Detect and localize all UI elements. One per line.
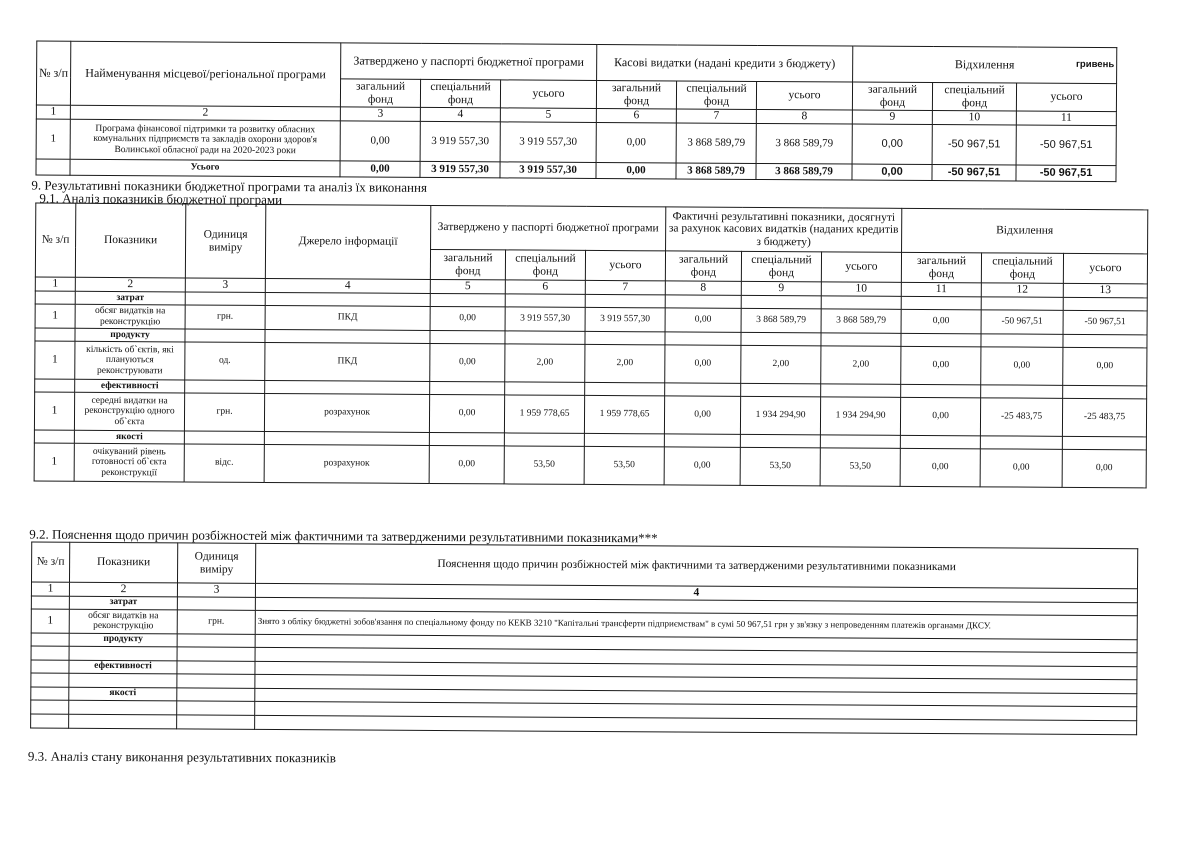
value-cell: 3 919 557,30	[505, 307, 585, 331]
col-header-total: усього	[585, 250, 665, 280]
empty-cell	[584, 433, 664, 446]
empty-cell	[505, 382, 585, 395]
col-header-special: спеціальний фонд	[741, 251, 821, 281]
category-label: затрат	[75, 291, 185, 305]
value-cell: 0,00	[1063, 347, 1147, 386]
col-header-special: спеціальний фонд	[676, 81, 756, 109]
empty-cell	[665, 383, 741, 396]
empty-cell	[31, 700, 69, 714]
row-number: 1	[35, 304, 75, 328]
empty-cell	[177, 597, 255, 610]
empty-cell	[31, 596, 69, 609]
col-header-total: усього	[500, 80, 596, 109]
value-cell: 2,00	[821, 346, 901, 384]
value-cell: 3 868 589,79	[741, 308, 821, 332]
value-cell: 0,00	[981, 347, 1063, 386]
col-number: 9	[852, 110, 932, 124]
value-cell: 1 934 294,90	[740, 396, 820, 434]
empty-cell	[900, 435, 980, 448]
empty-cell	[740, 434, 820, 447]
col-header-source: Джерело інформації	[265, 204, 430, 279]
col-header-general: загальний фонд	[430, 249, 505, 279]
col-header-total: усього	[756, 81, 852, 110]
value-cell: 0,00	[901, 309, 981, 333]
col-number: 12	[981, 283, 1063, 298]
value-cell: 53,50	[820, 448, 900, 486]
unit-cell: відс.	[184, 444, 264, 482]
empty-cell	[585, 382, 665, 395]
col-header-special: спеціальний фонд	[932, 83, 1016, 112]
empty-cell	[35, 291, 75, 304]
value-cell: 3 868 589,79	[821, 309, 901, 333]
empty-cell	[585, 331, 665, 344]
col-number: 7	[585, 280, 665, 294]
empty-cell	[981, 334, 1063, 348]
col-number: 4	[420, 107, 500, 121]
col-header-general: загальний фонд	[596, 80, 676, 108]
value-cell: -25 483,75	[980, 398, 1062, 437]
empty-cell	[430, 381, 505, 394]
empty-cell	[664, 434, 740, 447]
row-number: 1	[34, 392, 74, 430]
empty-cell	[430, 293, 505, 306]
col-header-general: загальний фонд	[852, 82, 932, 110]
category-label: якості	[74, 430, 184, 444]
discrepancy-explanation-table: № з/п Показники Одиниця виміру Пояснення…	[30, 542, 1138, 735]
empty-cell	[741, 383, 821, 396]
empty-cell	[177, 634, 255, 647]
col-number: 11	[901, 282, 981, 296]
indicator-name: кількість об`єктів, які плануються рекон…	[75, 341, 185, 380]
total-value: 3 919 557,30	[420, 161, 500, 177]
col-header-num: № з/п	[36, 41, 70, 105]
total-value: 0,00	[596, 162, 676, 178]
source-cell: розрахунок	[264, 444, 429, 483]
value-cell: 3 919 557,30	[500, 122, 596, 163]
table-row: 1 Програма фінансової підтримки та розви…	[36, 119, 1116, 166]
indicator-name: середні видатки на реконструкцію одного …	[74, 392, 184, 431]
source-cell: ПКД	[265, 305, 430, 330]
empty-cell	[901, 296, 981, 309]
value-cell: -25 483,75	[1062, 398, 1146, 437]
col-header-deviation: Відхилення	[902, 208, 1148, 254]
category-label: ефективності	[69, 660, 177, 674]
col-header-approved: Затверджено у паспорті бюджетної програм…	[431, 205, 666, 250]
value-cell: 0,00	[665, 345, 741, 383]
empty-cell	[184, 431, 264, 444]
program-name: Програма фінансової підтримки та розвитк…	[70, 119, 340, 161]
col-header-general: загальний фонд	[901, 252, 981, 282]
col-number: 8	[665, 281, 741, 295]
empty-cell	[69, 673, 177, 688]
empty-cell	[34, 430, 74, 443]
category-label: ефективності	[75, 379, 185, 393]
total-label: Усього	[70, 159, 340, 177]
total-value: 3 868 589,79	[756, 163, 852, 180]
col-number: 3	[185, 278, 265, 292]
unit-cell: грн.	[177, 610, 255, 634]
empty-cell	[69, 714, 177, 729]
col-number: 7	[676, 109, 756, 123]
empty-cell	[505, 294, 585, 307]
empty-cell	[35, 379, 75, 392]
value-cell: 1 959 778,65	[504, 395, 584, 433]
value-cell: 0,00	[340, 121, 420, 161]
col-header-total: усього	[1063, 253, 1147, 284]
empty-cell	[1063, 385, 1147, 399]
col-number: 10	[821, 282, 901, 296]
empty-cell	[264, 431, 429, 445]
total-value: -50 967,51	[932, 165, 1016, 182]
empty-cell	[1063, 334, 1147, 348]
empty-cell	[665, 295, 741, 308]
category-label: якості	[69, 687, 177, 701]
empty-cell	[31, 646, 69, 660]
value-cell: 3 868 589,79	[756, 123, 852, 164]
value-cell: -50 967,51	[1063, 310, 1147, 335]
empty-cell	[69, 700, 177, 715]
value-cell: 0,00	[430, 306, 505, 330]
empty-cell	[265, 329, 430, 343]
value-cell: 53,50	[504, 446, 584, 484]
value-cell: 0,00	[664, 396, 740, 434]
col-number: 6	[505, 280, 585, 294]
value-cell: 53,50	[740, 447, 820, 485]
total-value: -50 967,51	[1016, 165, 1116, 182]
value-cell: -50 967,51	[932, 125, 1016, 166]
category-label: продукту	[75, 328, 185, 342]
empty-cell	[177, 661, 255, 674]
empty-cell	[665, 332, 741, 345]
value-cell: 2,00	[741, 345, 821, 383]
empty-cell	[35, 328, 75, 341]
empty-cell	[821, 333, 901, 346]
row-number: 1	[35, 341, 75, 379]
value-cell: 0,00	[980, 449, 1062, 488]
total-value: 3 868 589,79	[676, 163, 756, 179]
col-number: 8	[756, 109, 852, 124]
col-header-cash-expenses: Касові видатки (надані кредити з бюджету…	[597, 44, 853, 82]
total-value: 3 919 557,30	[500, 162, 596, 179]
empty-cell	[265, 380, 430, 394]
empty-cell	[177, 674, 255, 688]
value-cell: -50 967,51	[1016, 125, 1116, 166]
col-number: 2	[69, 582, 177, 596]
col-header-program-name: Найменування місцевої/регіональної прогр…	[70, 41, 340, 107]
value-cell: 53,50	[584, 446, 664, 484]
value-cell: 0,00	[430, 343, 505, 381]
indicator-name: обсяг видатків на реконструкцію	[75, 304, 185, 329]
performance-indicators-table: № з/п Показники Одиниця виміру Джерело і…	[34, 203, 1149, 489]
empty-cell	[177, 701, 255, 715]
empty-cell	[31, 687, 69, 700]
empty-cell	[177, 647, 255, 661]
col-number: 3	[177, 583, 255, 597]
value-cell: 3 868 589,79	[676, 123, 756, 163]
col-header-indicators: Показники	[69, 542, 177, 583]
unit-cell: грн.	[184, 393, 264, 431]
total-value: 0,00	[340, 161, 420, 177]
indicator-name: очікуваний рівень готовності об`єкта рек…	[74, 443, 184, 482]
empty-cell	[980, 436, 1062, 450]
value-cell: 0,00	[664, 447, 740, 485]
col-number: 11	[1016, 111, 1116, 126]
value-cell: 0,00	[596, 122, 676, 162]
col-header-explanation: Пояснення щодо причин розбіжностей між ф…	[255, 543, 1137, 588]
row-number: 1	[31, 609, 69, 633]
document-page: гривень № з/п Найменування місцевої/регі…	[0, 0, 1200, 846]
empty-cell	[981, 297, 1063, 311]
empty-cell	[429, 432, 504, 445]
empty-cell	[177, 688, 255, 701]
indicator-name: обсяг видатків на реконструкцію	[69, 609, 177, 634]
col-header-approved: Затверджено у паспорті бюджетної програм…	[341, 43, 597, 81]
empty-cell	[1063, 297, 1147, 311]
col-number: 2	[75, 277, 185, 292]
value-cell: 0,00	[900, 448, 980, 486]
empty-cell	[31, 673, 69, 687]
col-header-indicators: Показники	[75, 203, 185, 278]
col-number: 5	[430, 279, 505, 293]
category-label: затрат	[69, 596, 177, 610]
value-cell: 0,00	[852, 124, 932, 164]
col-header-num: № з/п	[35, 203, 75, 277]
category-label: продукту	[69, 633, 177, 647]
section-9-3-heading: 9.3. Аналіз стану виконання результативн…	[28, 749, 336, 767]
unit-cell: грн.	[185, 305, 265, 329]
value-cell: 0,00	[1062, 449, 1146, 488]
empty-cell	[505, 331, 585, 344]
col-number: 10	[932, 111, 1016, 126]
col-number: 4	[265, 278, 430, 293]
unit-cell: од.	[185, 342, 265, 380]
empty-cell	[901, 333, 981, 346]
col-header-total: усього	[821, 252, 901, 282]
value-cell: 3 919 557,30	[585, 307, 665, 331]
empty-cell	[69, 646, 177, 661]
empty-cell	[31, 660, 69, 673]
value-cell: 0,00	[900, 397, 980, 435]
col-header-special: спеціальний фонд	[505, 250, 585, 280]
col-header-general: загальний фонд	[340, 79, 420, 107]
col-number: 1	[35, 277, 75, 291]
empty-cell	[821, 296, 901, 309]
value-cell: 0,00	[429, 394, 504, 432]
col-header-actual: Фактичні результативні показники, досягн…	[666, 207, 902, 252]
value-cell: 1 959 778,65	[584, 395, 664, 433]
col-number: 1	[31, 582, 69, 596]
value-cell: 0,00	[665, 308, 741, 332]
col-header-special: спеціальний фонд	[420, 79, 500, 107]
value-cell: -50 967,51	[981, 310, 1063, 335]
col-number: 9	[741, 281, 821, 295]
empty-cell	[504, 433, 584, 446]
value-cell: 0,00	[429, 445, 504, 483]
empty-cell	[741, 295, 821, 308]
col-header-deviation: Відхилення	[853, 46, 1117, 84]
col-header-unit: Одиниця виміру	[177, 543, 255, 583]
value-cell: 3 919 557,30	[420, 121, 500, 161]
source-cell: ПКД	[265, 342, 430, 381]
empty-cell	[265, 292, 430, 306]
value-cell: 2,00	[505, 344, 585, 382]
col-number: 3	[340, 107, 420, 121]
value-cell: 0,00	[901, 346, 981, 384]
empty-cell	[741, 332, 821, 345]
value-cell: 1 934 294,90	[820, 397, 900, 435]
empty-cell	[31, 714, 69, 728]
col-number: 6	[596, 108, 676, 122]
empty-cell	[585, 294, 665, 307]
empty-cell	[901, 384, 981, 397]
col-header-unit: Одиниця виміру	[185, 204, 265, 278]
empty-cell	[36, 159, 70, 175]
table-row: 1очікуваний рівень готовності об`єкта ре…	[34, 443, 1146, 488]
empty-cell	[820, 435, 900, 448]
row-number: 1	[36, 119, 70, 159]
col-number: 13	[1063, 283, 1147, 298]
col-header-total: усього	[1016, 83, 1116, 112]
empty-cell	[185, 292, 265, 305]
program-funding-table: № з/п Найменування місцевої/регіональної…	[35, 41, 1117, 183]
empty-cell	[821, 384, 901, 397]
col-header-num: № з/п	[31, 542, 69, 582]
empty-cell	[981, 385, 1063, 399]
col-number: 5	[500, 108, 596, 123]
empty-cell	[185, 380, 265, 393]
total-value: 0,00	[852, 164, 932, 180]
source-cell: розрахунок	[264, 393, 429, 432]
value-cell: 2,00	[585, 344, 665, 382]
col-header-general: загальний фонд	[665, 251, 741, 281]
empty-cell	[430, 330, 505, 343]
row-number: 1	[34, 443, 74, 481]
col-header-special: спеціальний фонд	[981, 253, 1063, 284]
col-number: 1	[36, 105, 70, 119]
empty-cell	[185, 329, 265, 342]
empty-cell	[1062, 436, 1146, 450]
empty-cell	[31, 633, 69, 646]
empty-cell	[177, 715, 255, 729]
